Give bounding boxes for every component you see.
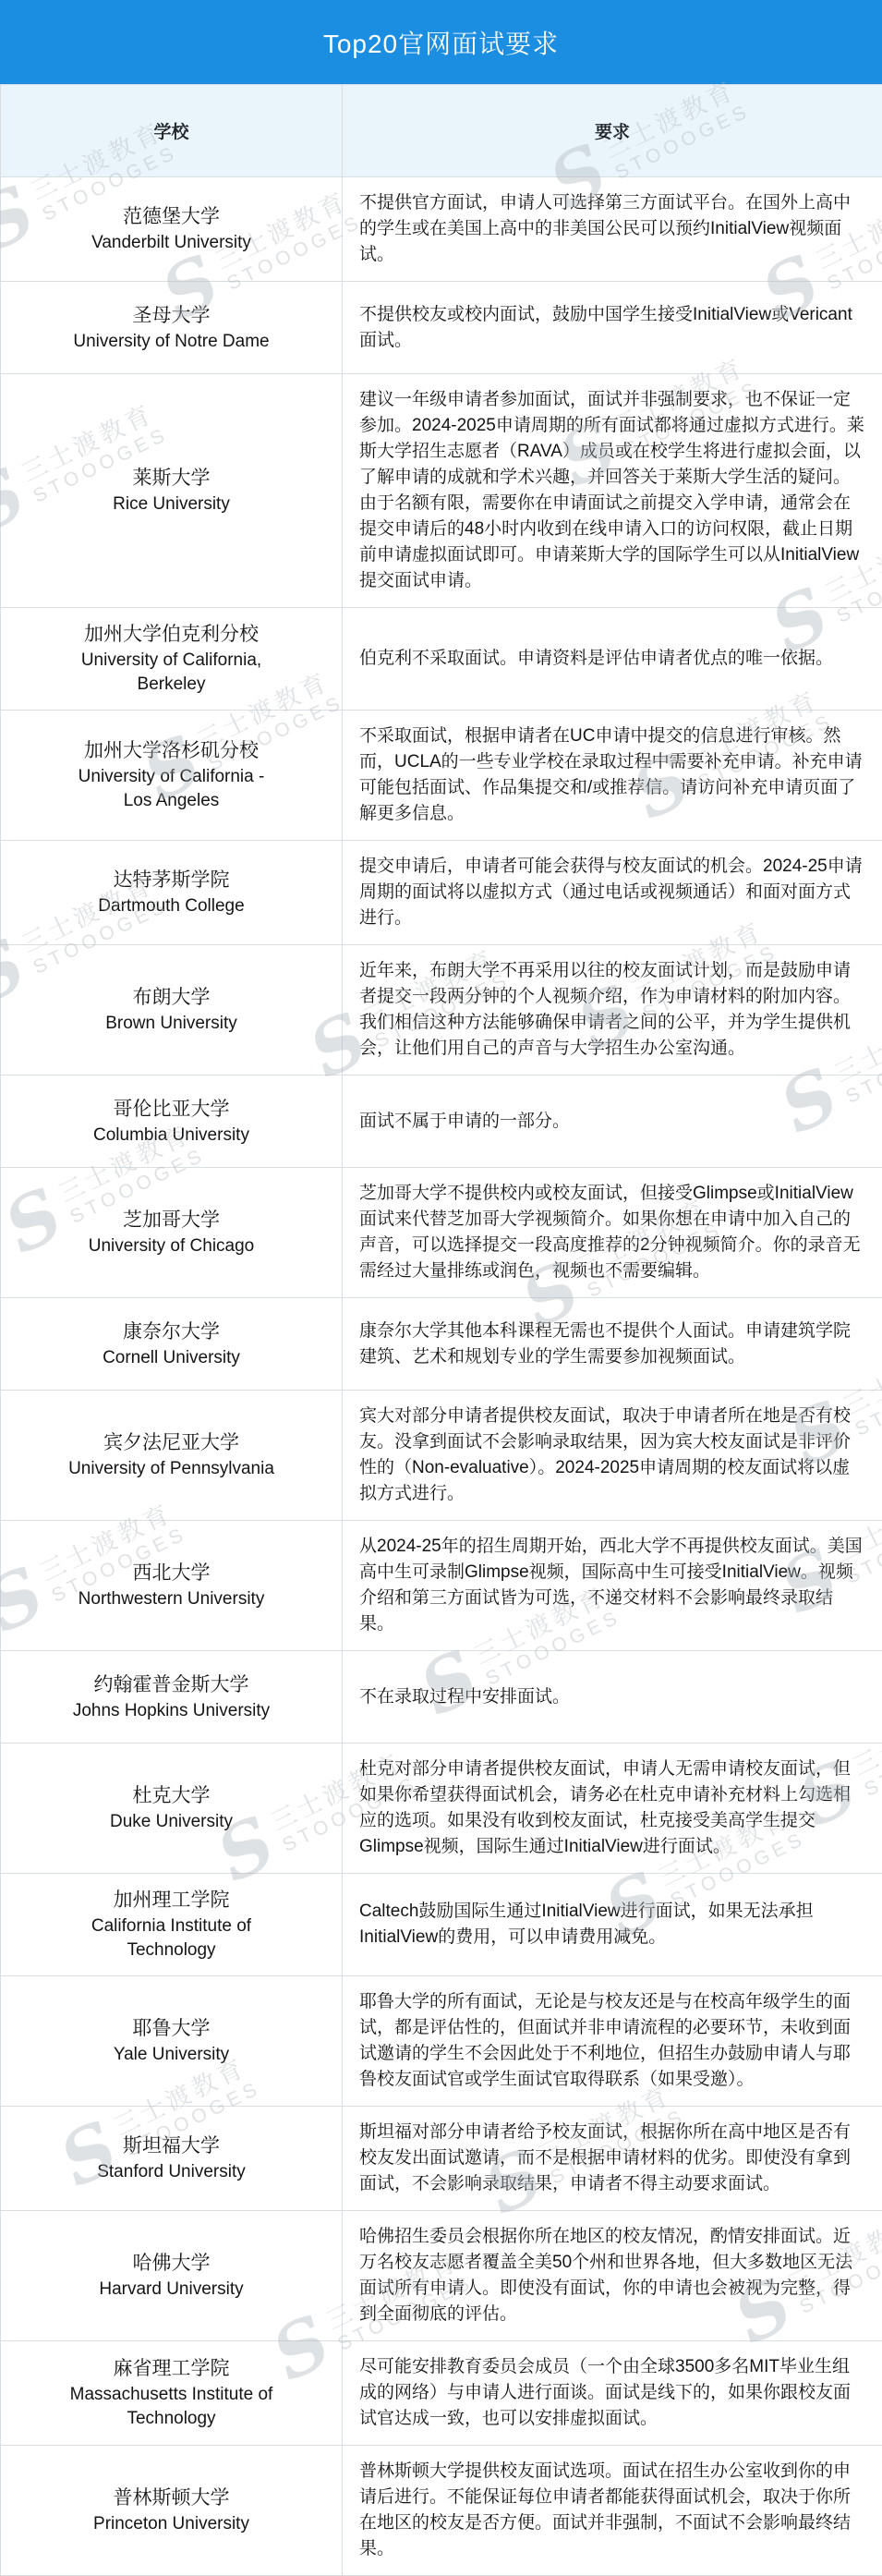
- school-name-cn: 芝加哥大学: [67, 1207, 275, 1234]
- school-cell: 芝加哥大学University of Chicago: [1, 1168, 343, 1298]
- requirement-cell: 康奈尔大学其他本科课程无需也不提供个人面试。申请建筑学院建筑、艺术和规划专业的学…: [343, 1298, 882, 1391]
- interview-requirements-table: 学校 要求 范德堡大学Vanderbilt University不提供官方面试，…: [0, 84, 882, 2576]
- school-name-cn: 约翰霍普金斯大学: [67, 1671, 275, 1699]
- requirement-cell: 从2024-25年的招生周期开始，西北大学不再提供校友面试。美国高中生可录制Gl…: [343, 1521, 882, 1651]
- school-name-en: University of California - Los Angeles: [67, 765, 275, 813]
- school-cell: 莱斯大学Rice University: [1, 374, 343, 608]
- school-cell: 康奈尔大学Cornell University: [1, 1298, 343, 1391]
- school-name-cn: 圣母大学: [67, 302, 275, 330]
- school-name-cn: 达特茅斯学院: [67, 867, 275, 894]
- school-name-cn: 康奈尔大学: [67, 1318, 275, 1346]
- school-name-en: Harvard University: [67, 2278, 275, 2302]
- school-name-en: Massachusetts Institute of Technology: [67, 2383, 275, 2431]
- school-cell: 哥伦比亚大学Columbia University: [1, 1075, 343, 1168]
- table-row: 约翰霍普金斯大学Johns Hopkins University不在录取过程中安…: [1, 1651, 882, 1744]
- requirement-cell: 斯坦福对部分申请者给予校友面试，根据你所在高中地区是否有校友发出面试邀请，而不是…: [343, 2107, 882, 2211]
- school-cell: 布朗大学Brown University: [1, 945, 343, 1075]
- school-name-cn: 麻省理工学院: [67, 2355, 275, 2383]
- table-row: 加州大学洛杉矶分校University of California - Los …: [1, 711, 882, 841]
- school-name-cn: 宾夕法尼亚大学: [67, 1429, 275, 1457]
- table-row: 加州大学伯克利分校University of California, Berke…: [1, 608, 882, 711]
- table-row: 芝加哥大学University of Chicago芝加哥大学不提供校内或校友面…: [1, 1168, 882, 1298]
- school-name-en: University of Notre Dame: [67, 330, 275, 354]
- school-cell: 耶鲁大学Yale University: [1, 1976, 343, 2107]
- column-header-requirement: 要求: [343, 85, 882, 177]
- school-name-cn: 范德堡大学: [67, 203, 275, 231]
- table-row: 圣母大学University of Notre Dame不提供校友或校内面试，鼓…: [1, 282, 882, 374]
- school-name-cn: 布朗大学: [67, 984, 275, 1012]
- school-name-cn: 加州大学伯克利分校: [67, 621, 275, 649]
- school-name-cn: 莱斯大学: [67, 465, 275, 492]
- table-header-row: 学校 要求: [1, 85, 882, 177]
- table-row: 莱斯大学Rice University建议一年级申请者参加面试，面试并非强制要求…: [1, 374, 882, 608]
- infographic-sheet: Top20官网面试要求 学校 要求 范德堡大学Vanderbilt Univer…: [0, 0, 882, 2576]
- school-cell: 普林斯顿大学Princeton University: [1, 2446, 343, 2576]
- requirement-cell: 建议一年级申请者参加面试，面试并非强制要求，也不保证一定参加。2024-2025…: [343, 374, 882, 608]
- school-name-cn: 哈佛大学: [67, 2250, 275, 2278]
- requirement-cell: 提交申请后，申请者可能会获得与校友面试的机会。2024-25申请周期的面试将以虚…: [343, 841, 882, 945]
- school-cell: 斯坦福大学Stanford University: [1, 2107, 343, 2211]
- table-row: 哥伦比亚大学Columbia University面试不属于申请的一部分。: [1, 1075, 882, 1168]
- table-row: 康奈尔大学Cornell University康奈尔大学其他本科课程无需也不提供…: [1, 1298, 882, 1391]
- requirement-cell: 面试不属于申请的一部分。: [343, 1075, 882, 1168]
- school-name-en: Cornell University: [67, 1346, 275, 1370]
- school-name-en: Rice University: [67, 492, 275, 516]
- requirement-cell: 哈佛招生委员会根据你所在地区的校友情况，酌情安排面试。近万名校友志愿者覆盖全美5…: [343, 2211, 882, 2341]
- column-header-school: 学校: [1, 85, 343, 177]
- school-cell: 杜克大学Duke University: [1, 1744, 343, 1874]
- table-row: 哈佛大学Harvard University哈佛招生委员会根据你所在地区的校友情…: [1, 2211, 882, 2341]
- table-row: 达特茅斯学院Dartmouth College提交申请后，申请者可能会获得与校友…: [1, 841, 882, 945]
- school-name-en: University of California, Berkeley: [67, 649, 275, 697]
- school-name-en: Johns Hopkins University: [67, 1699, 275, 1723]
- school-cell: 圣母大学University of Notre Dame: [1, 282, 343, 374]
- school-name-cn: 西北大学: [67, 1560, 275, 1587]
- school-name-en: Columbia University: [67, 1124, 275, 1148]
- school-name-en: University of Chicago: [67, 1234, 275, 1258]
- school-cell: 加州大学伯克利分校University of California, Berke…: [1, 608, 343, 711]
- school-cell: 麻省理工学院Massachusetts Institute of Technol…: [1, 2341, 343, 2446]
- requirement-cell: 芝加哥大学不提供校内或校友面试，但接受Glimpse或InitialView面试…: [343, 1168, 882, 1298]
- school-name-cn: 杜克大学: [67, 1782, 275, 1810]
- school-name-cn: 加州理工学院: [67, 1887, 275, 1914]
- requirement-cell: 不在录取过程中安排面试。: [343, 1651, 882, 1744]
- school-cell: 约翰霍普金斯大学Johns Hopkins University: [1, 1651, 343, 1744]
- requirement-cell: 杜克对部分申请者提供校友面试，申请人无需申请校友面试，但如果你希望获得面试机会，…: [343, 1744, 882, 1874]
- school-cell: 西北大学Northwestern University: [1, 1521, 343, 1651]
- table-row: 斯坦福大学Stanford University斯坦福对部分申请者给予校友面试，…: [1, 2107, 882, 2211]
- school-cell: 哈佛大学Harvard University: [1, 2211, 343, 2341]
- school-cell: 宾夕法尼亚大学University of Pennsylvania: [1, 1391, 343, 1521]
- requirement-cell: 不提供官方面试，申请人可选择第三方面试平台。在国外上高中的学生或在美国上高中的非…: [343, 177, 882, 282]
- school-name-cn: 普林斯顿大学: [67, 2485, 275, 2512]
- table-row: 布朗大学Brown University近年来，布朗大学不再采用以往的校友面试计…: [1, 945, 882, 1075]
- school-name-en: Stanford University: [67, 2160, 275, 2184]
- requirement-cell: 耶鲁大学的所有面试，无论是与校友还是与在校高年级学生的面试，都是评估性的，但面试…: [343, 1976, 882, 2107]
- table-row: 加州理工学院California Institute of Technology…: [1, 1874, 882, 1976]
- school-cell: 加州理工学院California Institute of Technology: [1, 1874, 343, 1976]
- school-name-en: Yale University: [67, 2043, 275, 2067]
- school-name-en: Duke University: [67, 1810, 275, 1834]
- school-name-en: University of Pennsylvania: [67, 1457, 275, 1481]
- school-cell: 达特茅斯学院Dartmouth College: [1, 841, 343, 945]
- requirement-cell: 伯克利不采取面试。申请资料是评估申请者优点的唯一依据。: [343, 608, 882, 711]
- table-row: 杜克大学Duke University杜克对部分申请者提供校友面试，申请人无需申…: [1, 1744, 882, 1874]
- table-row: 耶鲁大学Yale University耶鲁大学的所有面试，无论是与校友还是与在校…: [1, 1976, 882, 2107]
- table-row: 范德堡大学Vanderbilt University不提供官方面试，申请人可选择…: [1, 177, 882, 282]
- school-name-en: Dartmouth College: [67, 894, 275, 918]
- school-name-cn: 哥伦比亚大学: [67, 1096, 275, 1124]
- table-row: 麻省理工学院Massachusetts Institute of Technol…: [1, 2341, 882, 2446]
- requirement-cell: 尽可能安排教育委员会成员（一个由全球3500多名MIT毕业生组成的网络）与申请人…: [343, 2341, 882, 2446]
- requirement-cell: 宾大对部分申请者提供校友面试，取决于申请者所在地是否有校友。没拿到面试不会影响录…: [343, 1391, 882, 1521]
- table-row: 西北大学Northwestern University从2024-25年的招生周…: [1, 1521, 882, 1651]
- school-name-en: Northwestern University: [67, 1587, 275, 1611]
- school-name-en: Brown University: [67, 1012, 275, 1036]
- requirement-cell: 不采取面试，根据申请者在UC申请中提交的信息进行审核。然而，UCLA的一些专业学…: [343, 711, 882, 841]
- school-cell: 范德堡大学Vanderbilt University: [1, 177, 343, 282]
- school-name-cn: 斯坦福大学: [67, 2132, 275, 2160]
- school-name-cn: 耶鲁大学: [67, 2015, 275, 2043]
- requirement-cell: 近年来，布朗大学不再采用以往的校友面试计划，而是鼓励申请者提交一段两分钟的个人视…: [343, 945, 882, 1075]
- page-title: Top20官网面试要求: [323, 24, 559, 61]
- requirement-cell: Caltech鼓励国际生通过InitialView进行面试，如果无法承担Init…: [343, 1874, 882, 1976]
- school-cell: 加州大学洛杉矶分校University of California - Los …: [1, 711, 343, 841]
- requirement-cell: 不提供校友或校内面试，鼓励中国学生接受InitialView或Vericant面…: [343, 282, 882, 374]
- title-bar: Top20官网面试要求: [0, 0, 882, 84]
- requirement-cell: 普林斯顿大学提供校友面试选项。面试在招生办公室收到你的申请后进行。不能保证每位申…: [343, 2446, 882, 2576]
- school-name-en: California Institute of Technology: [67, 1914, 275, 1962]
- school-name-cn: 加州大学洛杉矶分校: [67, 737, 275, 765]
- table-row: 宾夕法尼亚大学University of Pennsylvania宾大对部分申请…: [1, 1391, 882, 1521]
- school-name-en: Princeton University: [67, 2512, 275, 2536]
- table-row: 普林斯顿大学Princeton University普林斯顿大学提供校友面试选项…: [1, 2446, 882, 2576]
- school-name-en: Vanderbilt University: [67, 231, 275, 255]
